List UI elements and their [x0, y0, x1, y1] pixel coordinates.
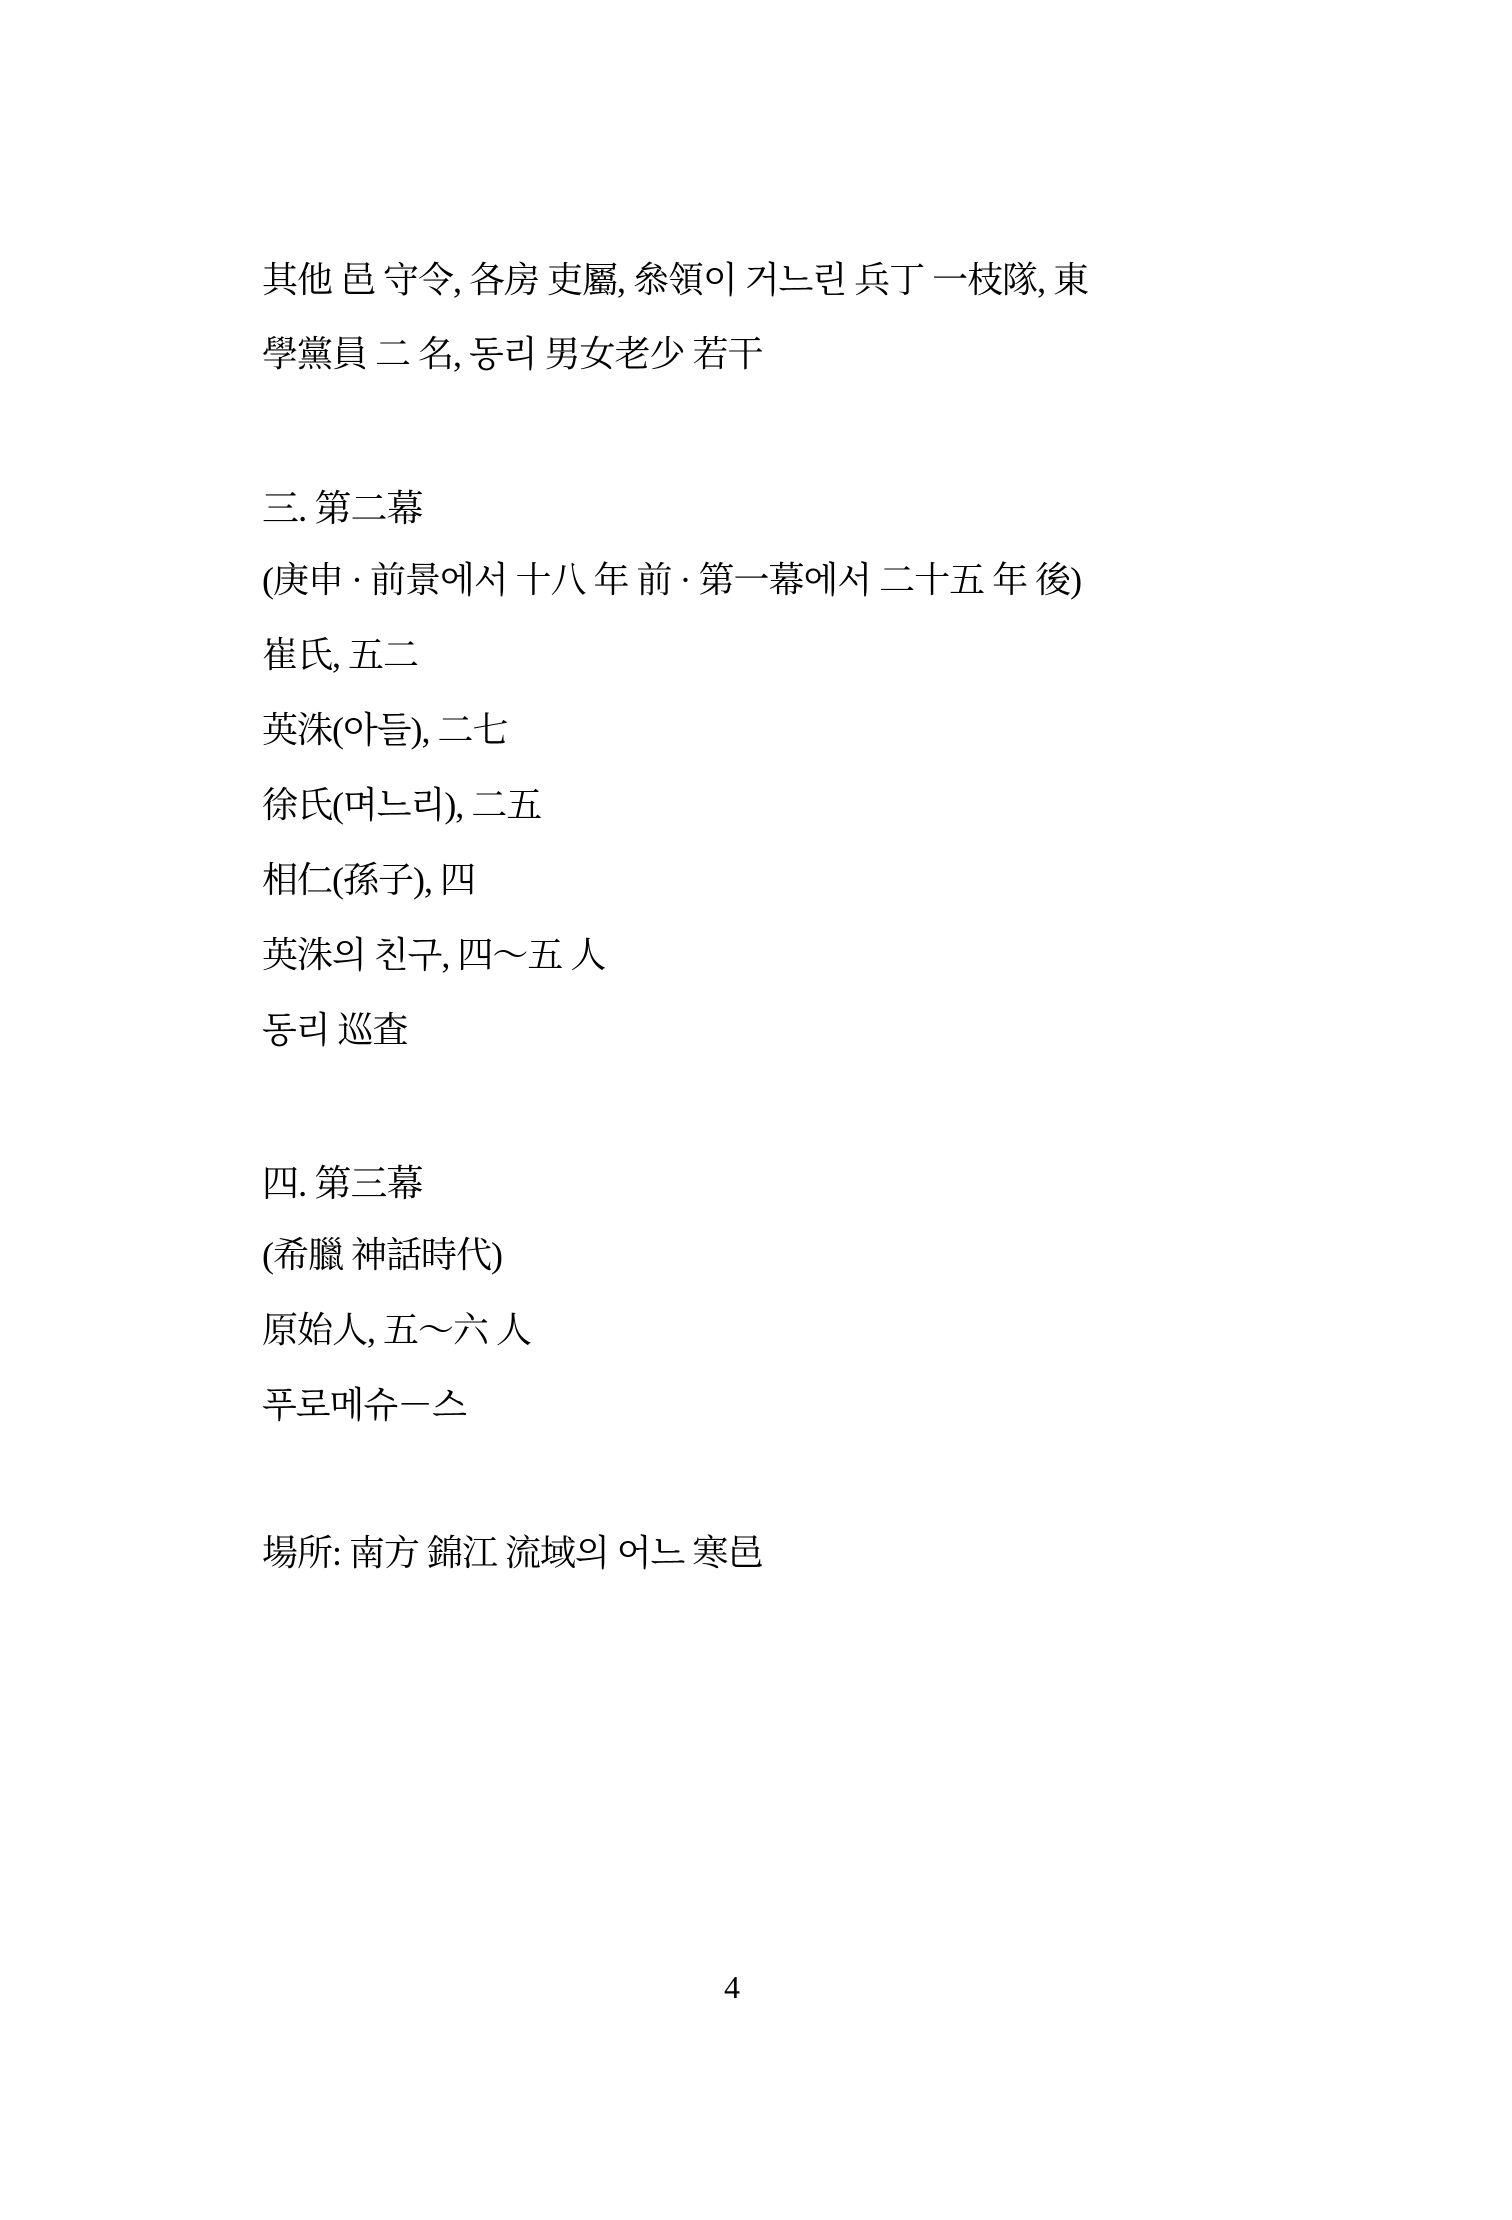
act3-cast-item: 原始人, 五～六 人 [262, 1308, 531, 1352]
document-page: 其他 邑 守令, 各房 吏屬, 叅領이 거느린 兵丁 一枝隊, 東 學黨員 二 … [0, 0, 1512, 2220]
act2-time-note: (庚申 · 前景에서 十八 年 前 · 第一幕에서 二十五 年 後) [262, 558, 1081, 602]
act2-cast-item: 徐氏(며느리), 二五 [262, 783, 541, 827]
act2-heading: 三. 第二幕 [262, 488, 423, 532]
act2-cast-item: 英洙(아들), 二七 [262, 708, 508, 752]
cast-continued-line-2: 學黨員 二 名, 동리 男女老少 若干 [262, 332, 763, 376]
cast-continued-line-1: 其他 邑 守令, 各房 吏屬, 叅領이 거느린 兵丁 一枝隊, 東 [262, 258, 1088, 302]
act3-cast-item: 푸로메슈－스 [262, 1383, 466, 1427]
act3-heading: 四. 第三幕 [262, 1163, 423, 1207]
act2-cast-item: 동리 巡査 [262, 1008, 408, 1052]
act2-cast-item: 相仁(孫子), 四 [262, 858, 475, 902]
act2-cast-item: 英洙의 친구, 四～五 人 [262, 933, 605, 977]
place-line: 場所: 南方 錦江 流域의 어느 寒邑 [262, 1531, 762, 1575]
act3-time-note: (希臘 神話時代) [262, 1233, 502, 1277]
act2-cast-item: 崔氏, 五二 [262, 633, 418, 677]
page-number: 4 [700, 1967, 764, 2007]
